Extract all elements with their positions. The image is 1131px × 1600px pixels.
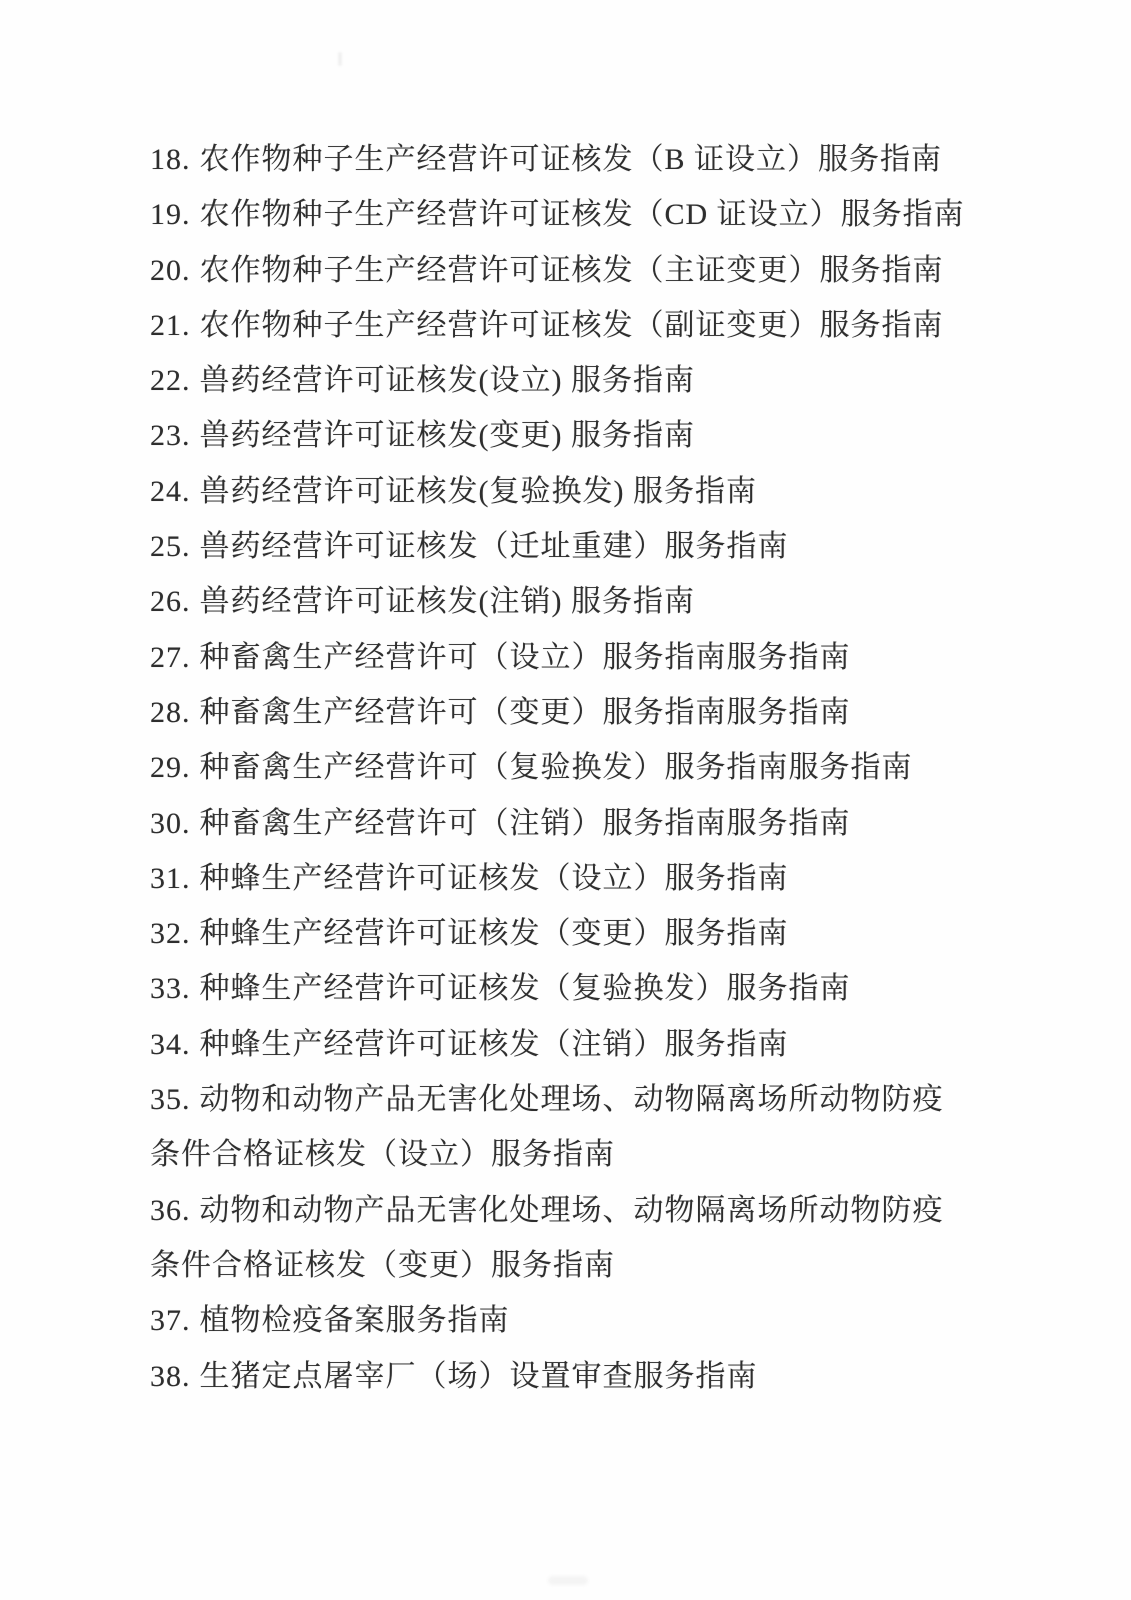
list-item-continuation-line: 条件合格证核发（设立）服务指南 xyxy=(150,1127,964,1182)
item-text: 农作物种子生产经营许可证核发（主证变更）服务指南 xyxy=(200,254,944,287)
item-number: 27. xyxy=(150,641,191,674)
list-item-line: 34.种蜂生产经营许可证核发（注销）服务指南 xyxy=(150,1017,964,1072)
item-text: 种畜禽生产经营许可（复验换发）服务指南服务指南 xyxy=(200,751,913,784)
item-number: 30. xyxy=(150,807,191,840)
item-number: 31. xyxy=(150,862,191,895)
item-text: 生猪定点屠宰厂（场）设置审查服务指南 xyxy=(200,1360,758,1393)
item-number: 26. xyxy=(150,585,191,618)
list-item-line: 38.生猪定点屠宰厂（场）设置审查服务指南 xyxy=(150,1349,964,1404)
list-item-line: 18.农作物种子生产经营许可证核发（B 证设立）服务指南 xyxy=(150,132,964,187)
item-number: 33. xyxy=(150,972,191,1005)
item-number: 20. xyxy=(150,254,191,287)
list-item: 35.动物和动物产品无害化处理场、动物隔离场所动物防疫条件合格证核发（设立）服务… xyxy=(150,1072,964,1183)
list-item: 32.种蜂生产经营许可证核发（变更）服务指南 xyxy=(150,906,964,961)
list-item: 31.种蜂生产经营许可证核发（设立）服务指南 xyxy=(150,851,964,906)
list-item: 24.兽药经营许可证核发(复验换发) 服务指南 xyxy=(150,464,964,519)
list-item-line: 33.种蜂生产经营许可证核发（复验换发）服务指南 xyxy=(150,961,964,1016)
scan-artifact-speck xyxy=(338,52,342,66)
item-text: 兽药经营许可证核发(变更) 服务指南 xyxy=(200,419,695,452)
list-item: 28.种畜禽生产经营许可（变更）服务指南服务指南 xyxy=(150,685,964,740)
list-item-continuation-line: 条件合格证核发（变更）服务指南 xyxy=(150,1238,964,1293)
list-item: 34.种蜂生产经营许可证核发（注销）服务指南 xyxy=(150,1017,964,1072)
item-number: 24. xyxy=(150,475,191,508)
item-number: 37. xyxy=(150,1304,191,1337)
item-text: 兽药经营许可证核发(设立) 服务指南 xyxy=(200,364,695,397)
list-item: 18.农作物种子生产经营许可证核发（B 证设立）服务指南 xyxy=(150,132,964,187)
list-item-line: 35.动物和动物产品无害化处理场、动物隔离场所动物防疫 xyxy=(150,1072,964,1127)
list-item-line: 32.种蜂生产经营许可证核发（变更）服务指南 xyxy=(150,906,964,961)
item-text: 动物和动物产品无害化处理场、动物隔离场所动物防疫 xyxy=(200,1083,944,1116)
item-text: 条件合格证核发（变更）服务指南 xyxy=(150,1249,615,1282)
list-item-line: 30.种畜禽生产经营许可（注销）服务指南服务指南 xyxy=(150,796,964,851)
list-item-line: 26.兽药经营许可证核发(注销) 服务指南 xyxy=(150,574,964,629)
item-number: 32. xyxy=(150,917,191,950)
list-item-line: 25.兽药经营许可证核发（迁址重建）服务指南 xyxy=(150,519,964,574)
list-item-line: 27.种畜禽生产经营许可（设立）服务指南服务指南 xyxy=(150,630,964,685)
list-item: 27.种畜禽生产经营许可（设立）服务指南服务指南 xyxy=(150,630,964,685)
list-item-line: 36.动物和动物产品无害化处理场、动物隔离场所动物防疫 xyxy=(150,1183,964,1238)
list-item: 20.农作物种子生产经营许可证核发（主证变更）服务指南 xyxy=(150,243,964,298)
list-item-line: 21.农作物种子生产经营许可证核发（副证变更）服务指南 xyxy=(150,298,964,353)
list-item: 37.植物检疫备案服务指南 xyxy=(150,1293,964,1348)
list-item: 29.种畜禽生产经营许可（复验换发）服务指南服务指南 xyxy=(150,740,964,795)
item-number: 25. xyxy=(150,530,191,563)
item-number: 23. xyxy=(150,419,191,452)
item-text: 农作物种子生产经营许可证核发（副证变更）服务指南 xyxy=(200,309,944,342)
item-text: 种畜禽生产经营许可（注销）服务指南服务指南 xyxy=(200,807,851,840)
service-guide-list: 18.农作物种子生产经营许可证核发（B 证设立）服务指南19.农作物种子生产经营… xyxy=(0,0,964,1404)
list-item-line: 24.兽药经营许可证核发(复验换发) 服务指南 xyxy=(150,464,964,519)
list-item-line: 20.农作物种子生产经营许可证核发（主证变更）服务指南 xyxy=(150,243,964,298)
list-item-line: 19.农作物种子生产经营许可证核发（CD 证设立）服务指南 xyxy=(150,187,964,242)
list-item: 38.生猪定点屠宰厂（场）设置审查服务指南 xyxy=(150,1349,964,1404)
list-item: 19.农作物种子生产经营许可证核发（CD 证设立）服务指南 xyxy=(150,187,964,242)
list-item-line: 29.种畜禽生产经营许可（复验换发）服务指南服务指南 xyxy=(150,740,964,795)
item-text: 条件合格证核发（设立）服务指南 xyxy=(150,1138,615,1171)
item-number: 34. xyxy=(150,1028,191,1061)
list-item-line: 23.兽药经营许可证核发(变更) 服务指南 xyxy=(150,408,964,463)
item-number: 38. xyxy=(150,1360,191,1393)
item-number: 22. xyxy=(150,364,191,397)
list-item-line: 31.种蜂生产经营许可证核发（设立）服务指南 xyxy=(150,851,964,906)
item-text: 植物检疫备案服务指南 xyxy=(200,1304,510,1337)
item-text: 农作物种子生产经营许可证核发（CD 证设立）服务指南 xyxy=(200,198,965,231)
list-item: 22.兽药经营许可证核发(设立) 服务指南 xyxy=(150,353,964,408)
item-text: 兽药经营许可证核发(复验换发) 服务指南 xyxy=(200,475,757,508)
item-number: 18. xyxy=(150,143,191,176)
list-item: 33.种蜂生产经营许可证核发（复验换发）服务指南 xyxy=(150,961,964,1016)
item-number: 28. xyxy=(150,696,191,729)
item-text: 种畜禽生产经营许可（变更）服务指南服务指南 xyxy=(200,696,851,729)
item-text: 种蜂生产经营许可证核发（设立）服务指南 xyxy=(200,862,789,895)
scan-artifact-smudge xyxy=(548,1576,588,1585)
item-text: 种畜禽生产经营许可（设立）服务指南服务指南 xyxy=(200,641,851,674)
list-item-line: 22.兽药经营许可证核发(设立) 服务指南 xyxy=(150,353,964,408)
item-number: 21. xyxy=(150,309,191,342)
item-text: 兽药经营许可证核发(注销) 服务指南 xyxy=(200,585,695,618)
list-item-line: 37.植物检疫备案服务指南 xyxy=(150,1293,964,1348)
list-item: 36.动物和动物产品无害化处理场、动物隔离场所动物防疫条件合格证核发（变更）服务… xyxy=(150,1183,964,1294)
item-number: 29. xyxy=(150,751,191,784)
item-text: 种蜂生产经营许可证核发（变更）服务指南 xyxy=(200,917,789,950)
item-text: 种蜂生产经营许可证核发（注销）服务指南 xyxy=(200,1028,789,1061)
list-item-line: 28.种畜禽生产经营许可（变更）服务指南服务指南 xyxy=(150,685,964,740)
item-number: 35. xyxy=(150,1083,191,1116)
list-item: 23.兽药经营许可证核发(变更) 服务指南 xyxy=(150,408,964,463)
item-text: 种蜂生产经营许可证核发（复验换发）服务指南 xyxy=(200,972,851,1005)
item-text: 动物和动物产品无害化处理场、动物隔离场所动物防疫 xyxy=(200,1194,944,1227)
list-item: 30.种畜禽生产经营许可（注销）服务指南服务指南 xyxy=(150,796,964,851)
list-item: 25.兽药经营许可证核发（迁址重建）服务指南 xyxy=(150,519,964,574)
item-text: 农作物种子生产经营许可证核发（B 证设立）服务指南 xyxy=(200,143,943,176)
item-text: 兽药经营许可证核发（迁址重建）服务指南 xyxy=(200,530,789,563)
document-page: 18.农作物种子生产经营许可证核发（B 证设立）服务指南19.农作物种子生产经营… xyxy=(0,0,1131,1600)
item-number: 36. xyxy=(150,1194,191,1227)
item-number: 19. xyxy=(150,198,191,231)
list-item: 21.农作物种子生产经营许可证核发（副证变更）服务指南 xyxy=(150,298,964,353)
list-item: 26.兽药经营许可证核发(注销) 服务指南 xyxy=(150,574,964,629)
